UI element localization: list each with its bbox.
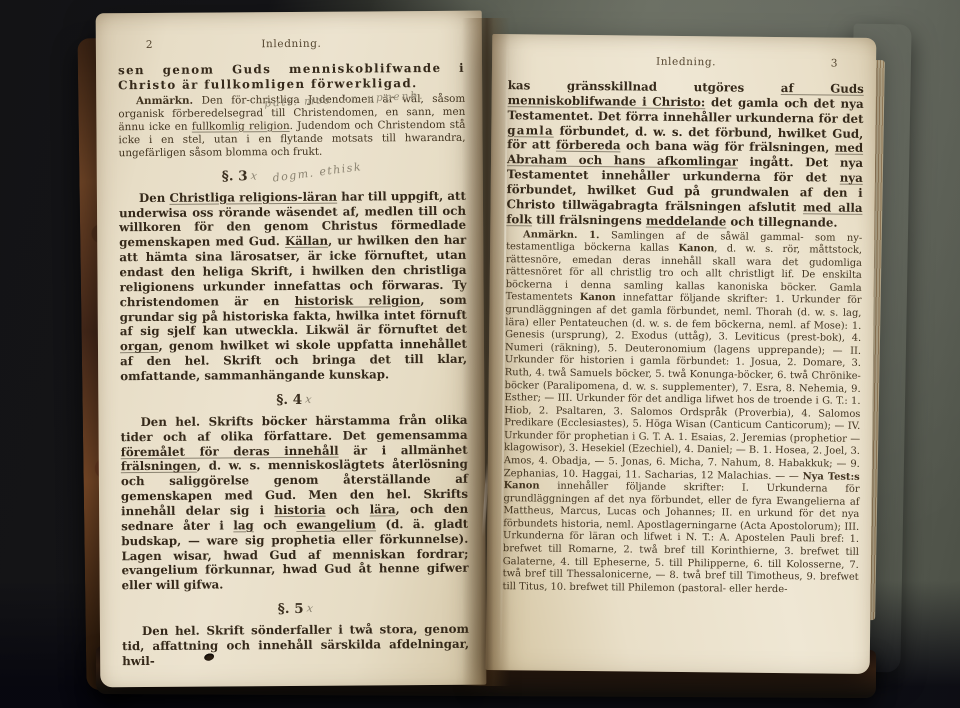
section-number: §. 3 (222, 168, 248, 184)
section-heading: §. 4x (120, 391, 467, 409)
paragraph: Den Christliga religions-läran har till … (119, 188, 467, 384)
section-number: §. 4 (276, 392, 302, 408)
section-heading: §. 3xdogm. ethisk (119, 166, 466, 184)
right-page-header: Inledning. 3 (508, 54, 864, 76)
pencil-heading-note: dogm. ethisk (272, 160, 363, 184)
right-page-content: Inledning. 3 kas gränsskillnad utgöres a… (486, 34, 877, 674)
paragraph: Den hel. Skrift sönderfaller i twå stora… (122, 622, 469, 669)
left-page-text-blocks: sen genom Guds menniskoblifwande i Chris… (118, 61, 469, 669)
section-number: §. 5 (278, 601, 304, 617)
left-page-header: 2 Inledning. (118, 37, 465, 57)
right-page-number: 3 (831, 58, 838, 70)
left-running-head: Inledning. (261, 38, 321, 50)
pencil-x-mark: x (306, 602, 314, 616)
paragraph: Anmärkn. 1. Samlingen af de såwäl gammal… (502, 229, 862, 597)
paragraph: sen genom Guds menniskoblifwande i Chris… (118, 61, 465, 93)
paragraph: kas gränsskillnad utgöres af Guds mennis… (506, 78, 864, 230)
pencil-x-mark: x (304, 392, 312, 406)
paragraph: Den hel. Skrifts böcker härstamma från o… (120, 413, 468, 594)
left-page-content: 2 Inledning. sen genom Guds menniskoblif… (96, 11, 487, 688)
right-page-text-blocks: kas gränsskillnad utgöres af Guds mennis… (502, 78, 863, 597)
section-heading: §. 5x (122, 600, 469, 618)
pencil-x-mark: x (250, 169, 258, 183)
right-running-head: Inledning. (656, 56, 716, 69)
book-page-right: Inledning. 3 kas gränsskillnad utgöres a… (486, 34, 877, 674)
photo-of-open-book: { "colors": { "background_left": "#14141… (0, 0, 960, 708)
left-page-number: 2 (146, 39, 153, 51)
book-page-left: 2 Inledning. sen genom Guds menniskoblif… (96, 11, 487, 688)
